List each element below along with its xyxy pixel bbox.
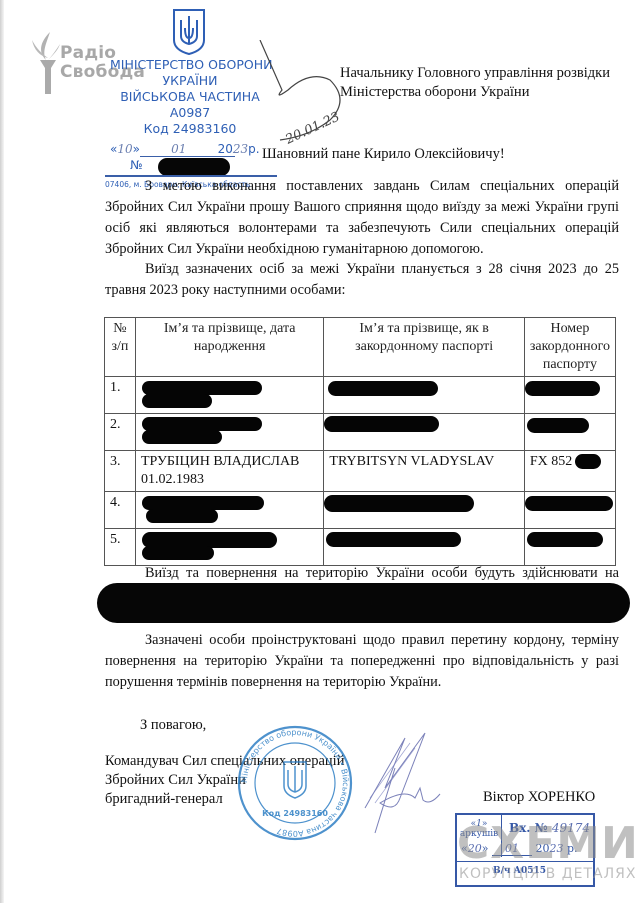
person-name: ТРУБІЦИН ВЛАДИСЛАВ [141, 453, 318, 471]
incoming-number: Вх. № 49174 [509, 821, 590, 835]
addressee: Начальнику Головного управління розвідки… [340, 64, 610, 102]
paragraph-dates: Виїзд зазначених осіб за межі України пл… [105, 259, 619, 301]
cell-number: 5. [105, 529, 136, 566]
cell-passport-number [524, 529, 615, 566]
sheets-count: «1»аркушів [459, 819, 499, 839]
torch-icon [30, 30, 64, 96]
stamp-unit: В/ч А0515 [493, 866, 546, 876]
header-passport-name: Ім’я та прізвище, як в закордонному пасп… [324, 318, 524, 377]
cell-passport-number [524, 414, 615, 451]
header-number: № з/п [105, 318, 136, 377]
person-dob: 01.02.1983 [141, 471, 318, 489]
cell-name-dob [135, 529, 323, 566]
incoming-registration-stamp: «1»аркушів Вх. № 49174 «20» 01 2023 р. В… [455, 813, 595, 887]
incoming-date: «20» 01 2023 р. [461, 842, 578, 856]
official-seal: Міністерство оборони України • Військова… [236, 724, 354, 842]
header-passport-number: Номер закордонного паспорту [524, 318, 615, 377]
redacted-vehicles [97, 583, 630, 623]
paragraph-purpose: З метою виконання поставлених завдань Си… [105, 176, 619, 260]
sheets-label: аркушів [460, 829, 498, 839]
table-row: 4. [105, 492, 616, 529]
date-underline [140, 156, 235, 157]
number-label: № [130, 158, 142, 172]
date-year-prefix: 20 [218, 142, 233, 156]
paragraph-instructions: Зазначені особи проінструктовані щодо пр… [105, 630, 619, 693]
cell-number: 1. [105, 377, 136, 414]
cell-number: 4. [105, 492, 136, 529]
table-row: 2. [105, 414, 616, 451]
cell-passport-name: TRYBITSYN VLADYSLAV [324, 451, 524, 492]
paragraph-text: Виїзд зазначених осіб за межі України пл… [105, 261, 619, 298]
outgoing-number: № [130, 158, 142, 172]
table-row: 5. [105, 529, 616, 566]
paragraph-text: З метою виконання поставлених завдань Си… [105, 178, 619, 257]
cell-passport-name [324, 529, 524, 566]
cell-passport-name [324, 377, 524, 414]
cell-number: 3. [105, 451, 136, 492]
date-day: 10 [117, 142, 132, 156]
signer-name: Віктор ХОРЕНКО [483, 789, 595, 806]
cell-passport-name [324, 492, 524, 529]
cell-name-dob [135, 377, 323, 414]
outgoing-date: «10» 01 2023р. [110, 142, 280, 156]
cell-passport-number [524, 377, 615, 414]
table-row: 3. ТРУБІЦИН ВЛАДИСЛАВ01.02.1983 TRYBITSY… [105, 451, 616, 492]
cell-passport-number [524, 492, 615, 529]
cell-passport-number: FX 852 [524, 451, 615, 492]
cell-name-dob [135, 492, 323, 529]
date-year: 23 [233, 142, 248, 156]
closing: З повагою, [140, 717, 206, 734]
addressee-line1: Начальнику Головного управління розвідки [340, 64, 610, 83]
trident-icon [172, 8, 206, 56]
seal-code: Код 24983160 [262, 809, 328, 818]
addressee-line2: Міністерства оборони України [340, 83, 610, 102]
paragraph-text: Зазначені особи проінструктовані щодо пр… [105, 632, 619, 690]
cell-passport-name [324, 414, 524, 451]
passport-number: FX 852 [530, 454, 572, 469]
table-header-row: № з/п Ім’я та прізвище, дата народження … [105, 318, 616, 377]
date-month: 01 [144, 142, 214, 156]
redacted-number [158, 158, 230, 176]
cell-name-dob [135, 414, 323, 451]
date-suffix: р. [248, 142, 259, 156]
header-name-dob: Ім’я та прізвище, дата народження [135, 318, 323, 377]
resolution-date: 20.01.23 [282, 110, 342, 148]
cell-name-dob: ТРУБІЦИН ВЛАДИСЛАВ01.02.1983 [135, 451, 323, 492]
greeting: Шановний пане Кирило Олексійовичу! [262, 146, 505, 163]
persons-table: № з/п Ім’я та прізвище, дата народження … [104, 317, 616, 566]
handwritten-signature [345, 728, 455, 838]
cell-number: 2. [105, 414, 136, 451]
page-edge [0, 0, 4, 903]
handwritten-resolution-mark: 20.01.23 [230, 40, 350, 150]
table-row: 1. [105, 377, 616, 414]
